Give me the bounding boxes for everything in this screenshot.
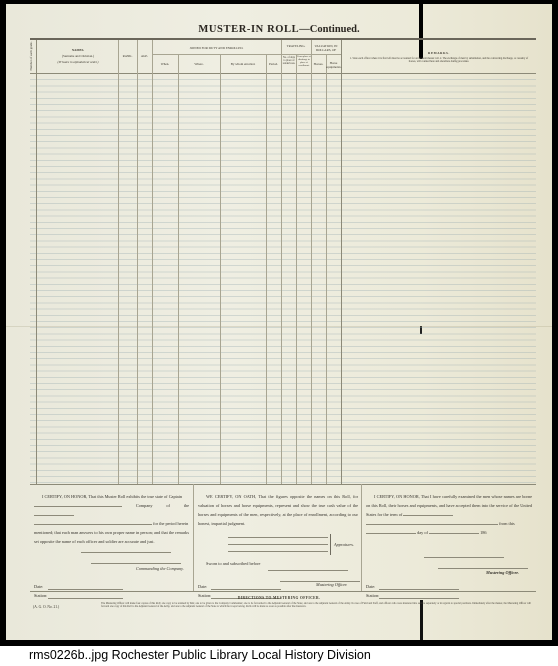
left-date-label: Date: xyxy=(34,584,43,589)
header-valuation: VALUATION, IN DOLLARS, OF xyxy=(311,44,341,52)
header-names: NAMES. xyxy=(38,48,118,52)
cert-right-day: day of xyxy=(417,530,428,535)
commanding-company-label: Commanding the Company. xyxy=(136,566,184,571)
header-joined-group: JOINED FOR DUTY AND ENROLLED. xyxy=(152,46,281,50)
header-traveling: TRAVELING. xyxy=(281,44,311,48)
appraisers-label: Appraisers. xyxy=(334,542,354,547)
header-remarks-note: 1. State each officer where it is first … xyxy=(346,57,532,63)
left-signature-line-2[interactable] xyxy=(91,563,181,564)
col-divider xyxy=(266,54,267,484)
header-joined-when: When. xyxy=(152,62,178,66)
header-names-sub1: (Surname and Christian.) xyxy=(38,54,118,58)
appraiser-line-2[interactable] xyxy=(228,544,328,545)
header-remarks: REMARKS. xyxy=(342,51,536,55)
certificate-mustering-officer: I CERTIFY, ON HONOR, That I have careful… xyxy=(366,492,532,537)
certificate-company-commander: I CERTIFY, ON HONOR, That this Muster Ro… xyxy=(34,492,189,546)
cert-right-from: from this xyxy=(499,521,515,526)
header-top-rule xyxy=(30,38,536,40)
form-number: (A. G. O. No. 21.) xyxy=(33,605,59,609)
col-divider xyxy=(311,40,312,484)
joined-subheader-rule xyxy=(152,54,281,55)
right-date-label: Date: xyxy=(366,584,375,589)
col-divider xyxy=(118,40,119,484)
left-signature-line-1[interactable] xyxy=(81,552,171,553)
header-traveling-col1: No. of days to place of rendezvous. xyxy=(282,56,296,66)
cert-left-period: for the period herein xyxy=(153,521,188,526)
right-signature-line-2[interactable] xyxy=(438,568,528,569)
certificate-divider xyxy=(361,484,362,591)
col-divider xyxy=(296,54,297,484)
certificates-top-rule xyxy=(30,484,536,485)
col-divider xyxy=(341,40,342,484)
cert-left-body: mentioned; that each man answers to his … xyxy=(34,530,189,544)
col-divider xyxy=(220,54,221,484)
regiment-blank[interactable] xyxy=(34,515,74,516)
title-main: MUSTER-IN ROLL xyxy=(198,24,299,35)
header-valuation-horses: Horses. xyxy=(311,62,326,66)
col-divider xyxy=(281,40,282,484)
header-number-of-grade: Number of each grade. xyxy=(29,41,33,71)
middle-mustering-officer-label: Mustering Officer. xyxy=(316,582,348,587)
period-blank[interactable] xyxy=(34,524,152,525)
right-date-field[interactable]: Date: xyxy=(366,584,375,589)
right-mustering-officer-label: Mustering Officer. xyxy=(486,570,519,575)
page-title: MUSTER-IN ROLL—Continued. xyxy=(6,24,552,35)
sworn-statement: Sworn to and subscribed before xyxy=(206,559,356,568)
appraisers-bracket xyxy=(329,534,331,555)
header-age: AGE. xyxy=(137,54,152,58)
col-divider xyxy=(178,54,179,484)
middle-date-label: Date: xyxy=(198,584,207,589)
directions-text: The Mustering Officer will make four cop… xyxy=(101,602,531,609)
term-blank[interactable] xyxy=(403,515,453,516)
appraiser-line-3[interactable] xyxy=(228,551,328,552)
col-divider xyxy=(137,40,138,484)
day-blank[interactable] xyxy=(366,533,416,534)
from-blank[interactable] xyxy=(366,524,498,525)
muster-roll-sheet: MUSTER-IN ROLL—Continued. Number of each… xyxy=(6,4,552,640)
certificate-appraisers: WE CERTIFY, ON OATH, That the figures op… xyxy=(198,492,358,528)
middle-signature-line-1[interactable] xyxy=(268,570,348,571)
header-valuation-equipments: Horse equipments. xyxy=(326,61,341,69)
col-divider xyxy=(152,40,153,484)
col-divider xyxy=(36,40,37,484)
cert-left-company: Company of the xyxy=(136,503,189,508)
col-divider xyxy=(326,54,327,484)
captain-name-blank[interactable] xyxy=(34,506,122,507)
appraiser-line-1[interactable] xyxy=(228,537,328,538)
travel-valuation-subheader-rule xyxy=(281,54,341,55)
cert-middle-body: WE CERTIFY, ON OATH, That the figures op… xyxy=(198,494,358,526)
header-names-sub2: (Privates in alphabetical order.) xyxy=(38,60,118,64)
left-date-field[interactable]: Date: xyxy=(34,584,43,589)
certificate-divider xyxy=(193,484,194,591)
cert-right-body: I CERTIFY, ON HONOR, That I have careful… xyxy=(366,494,532,517)
image-caption: rms0226b..jpg Rochester Public Library L… xyxy=(0,646,558,666)
month-blank[interactable] xyxy=(429,533,479,534)
ruled-entry-area xyxy=(30,74,536,484)
middle-date-field[interactable]: Date: xyxy=(198,584,207,589)
cert-right-year: 186 xyxy=(480,530,486,535)
certificates-bottom-rule xyxy=(30,591,536,592)
cert-left-line1: I CERTIFY, ON HONOR, That this Muster Ro… xyxy=(34,494,182,499)
header-traveling-col2: From place of discharge to place of enro… xyxy=(297,55,311,67)
title-suffix: —Continued. xyxy=(299,24,359,35)
header-rank: RANK. xyxy=(118,54,137,58)
header-joined-where: Where. xyxy=(178,62,220,66)
header-joined-by-whom: By whom enrolled. xyxy=(220,62,266,66)
header-joined-period: Period. xyxy=(266,62,281,66)
right-signature-line-1[interactable] xyxy=(424,557,504,558)
directions-title: DIRECTIONS TO MUSTERING OFFICER. xyxy=(6,596,552,600)
